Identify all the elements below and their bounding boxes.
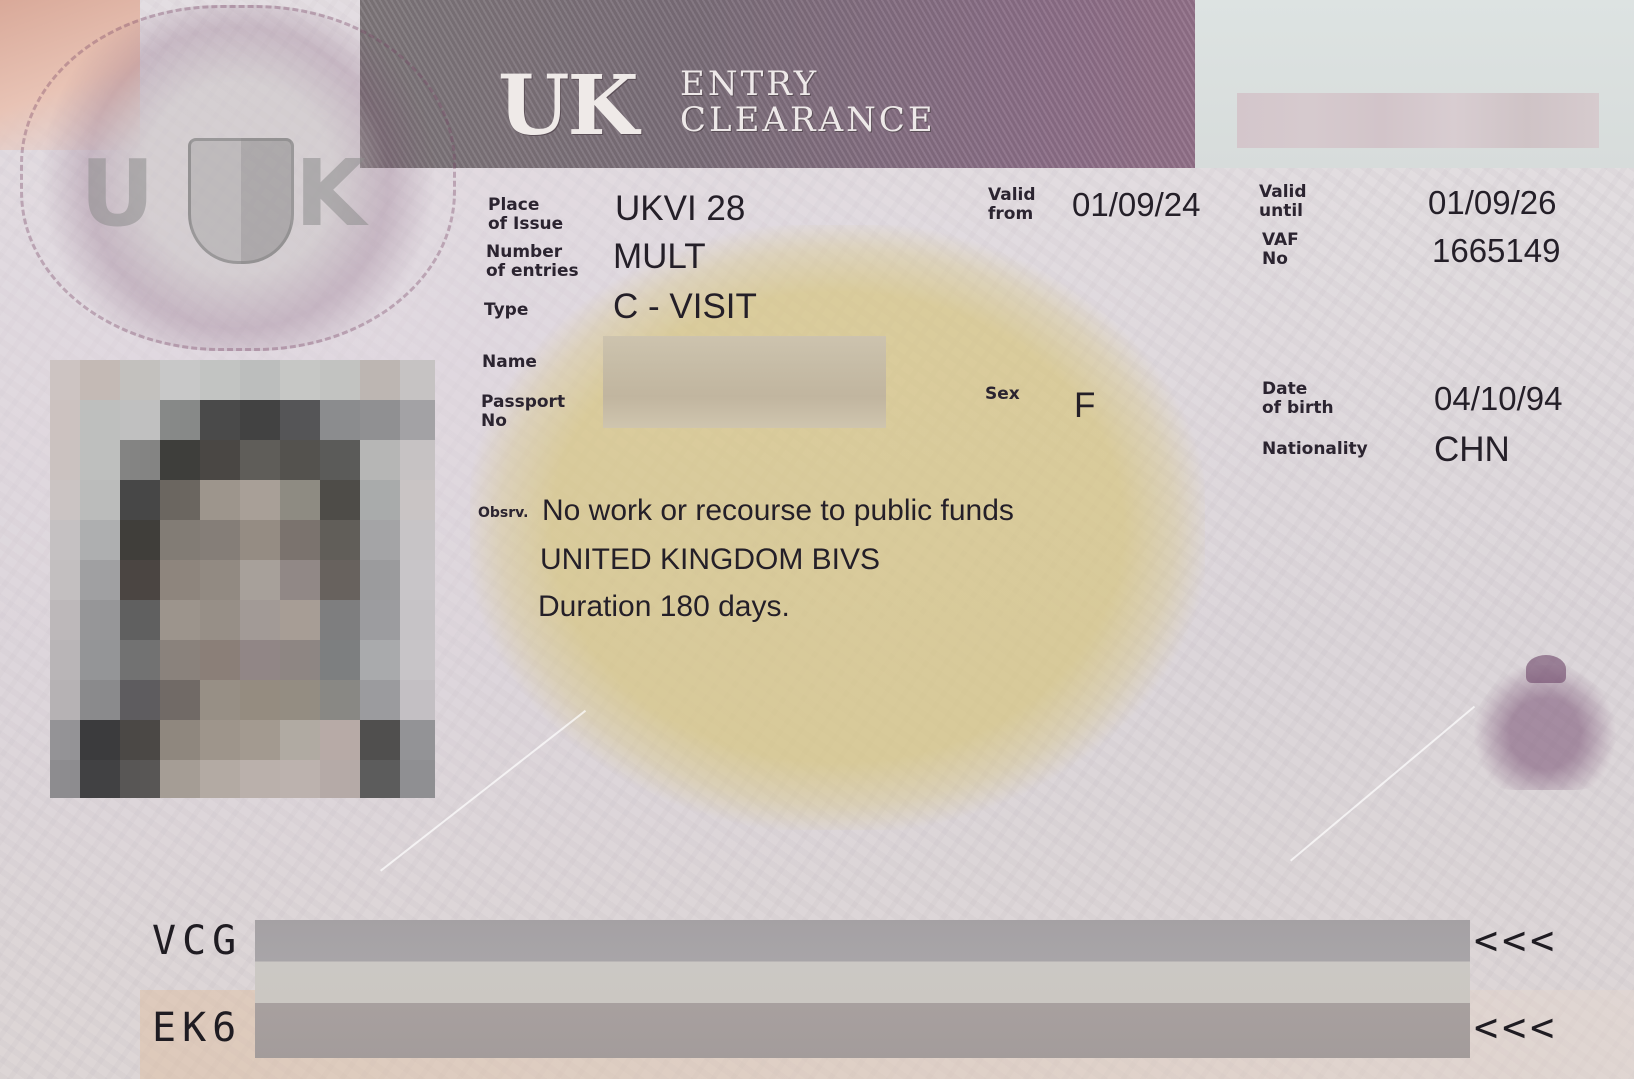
photo-pixel (400, 560, 435, 600)
photo-pixel (280, 680, 320, 720)
photo-pixel (280, 600, 320, 640)
valid-until-value: 01/09/26 (1428, 184, 1556, 222)
photo-pixel (320, 600, 360, 640)
photo-pixel (200, 520, 240, 560)
photo-pixel (160, 440, 200, 480)
photo-pixel (400, 640, 435, 680)
photo-pixel (80, 640, 120, 680)
photo-pixel (160, 720, 200, 760)
photo-pixel (120, 600, 160, 640)
photo-pixel (240, 600, 280, 640)
photo-pixel (360, 560, 400, 600)
photo-pixel (200, 680, 240, 720)
photo-pixel (80, 400, 120, 440)
title-line-2: CLEARANCE (680, 102, 936, 138)
type-label: Type (484, 301, 528, 320)
date-of-birth-value: 04/10/94 (1434, 380, 1562, 418)
photo-pixel (120, 720, 160, 760)
label-line: from (988, 205, 1036, 224)
photo-pixel (240, 360, 280, 400)
photo-pixel (240, 440, 280, 480)
photo-pixel (360, 600, 400, 640)
photo-pixel (400, 600, 435, 640)
photo-pixel (320, 480, 360, 520)
photo-pixel (280, 360, 320, 400)
photo-pixel (320, 680, 360, 720)
photo-pixel (50, 680, 80, 720)
photo-pixel (80, 520, 120, 560)
photo-pixel (400, 440, 435, 480)
photo-pixel (160, 360, 200, 400)
small-coat-of-arms-icon (1470, 665, 1620, 790)
photo-pixel (160, 760, 200, 798)
photo-pixel (50, 440, 80, 480)
photo-pixel (320, 520, 360, 560)
photo-pixel (200, 760, 240, 798)
photo-pixel (160, 400, 200, 440)
observation-line-1: No work or recourse to public funds (542, 494, 1014, 528)
nationality-label: Nationality (1262, 440, 1368, 459)
photo-pixel (320, 440, 360, 480)
photo-pixel (80, 480, 120, 520)
uk-logo: UK (498, 58, 637, 154)
photo-pixel (400, 760, 435, 798)
valid-from-label: Valid from (988, 186, 1036, 224)
photo-pixel (50, 600, 80, 640)
photo-pixel (320, 360, 360, 400)
crease-line (1290, 706, 1475, 862)
vaf-no-label: VAF No (1262, 231, 1299, 269)
label-line: Passport (481, 393, 565, 412)
photo-pixel (160, 560, 200, 600)
photo-pixel (120, 760, 160, 798)
photo-pixel (200, 440, 240, 480)
photo-pixel (160, 600, 200, 640)
passport-no-label: Passport No (481, 393, 565, 431)
label-line: of entries (486, 262, 579, 281)
label-line: of birth (1262, 399, 1334, 418)
mrz-line-1-suffix: <<< (1474, 918, 1558, 964)
photo-pixel (160, 680, 200, 720)
photo-pixel (120, 440, 160, 480)
photo-pixel (400, 400, 435, 440)
photo-pixel (240, 480, 280, 520)
photo-pixel (160, 520, 200, 560)
vaf-no-value: 1665149 (1432, 232, 1560, 270)
photo-pixel (360, 760, 400, 798)
mrz-line-1-prefix: VCG (152, 918, 242, 964)
sex-label: Sex (985, 385, 1020, 404)
photo-pixel (50, 760, 80, 798)
photo-pixel (400, 680, 435, 720)
photo-pixel (360, 640, 400, 680)
place-of-issue-label: Place of Issue (488, 196, 563, 234)
crown-icon (1526, 655, 1566, 683)
observations-label: Obsrv. (478, 504, 528, 523)
label-line: Place (488, 196, 563, 215)
sex-value: F (1074, 386, 1095, 426)
photo-pixel (240, 680, 280, 720)
shield-icon (188, 138, 294, 264)
photo-pixel (280, 440, 320, 480)
photo-pixel (280, 400, 320, 440)
photo-pixel (240, 400, 280, 440)
number-of-entries-label: Number of entries (486, 243, 579, 281)
label-line: of Issue (488, 215, 563, 234)
valid-from-value: 01/09/24 (1072, 186, 1200, 224)
photo-pixel (360, 480, 400, 520)
name-label: Name (482, 353, 537, 372)
redacted-number (1237, 93, 1599, 148)
photo-pixel (280, 480, 320, 520)
mrz-line-2-suffix: <<< (1474, 1005, 1558, 1051)
photo-pixel (80, 560, 120, 600)
photo-pixel (200, 560, 240, 600)
photo-pixel (80, 440, 120, 480)
visa-vignette: UK UK ENTRY CLEARANCE Place of Issue UKV… (0, 0, 1634, 1079)
photo-pixel (280, 560, 320, 600)
photo-pixel (50, 400, 80, 440)
photo-pixel (120, 360, 160, 400)
photo-pixel (240, 760, 280, 798)
photo-pixel (360, 360, 400, 400)
valid-until-label: Valid until (1259, 183, 1307, 221)
photo-pixel (280, 720, 320, 760)
photo-pixel (360, 400, 400, 440)
photo-pixel (360, 680, 400, 720)
label-line: No (1262, 250, 1299, 269)
date-of-birth-label: Date of birth (1262, 380, 1334, 418)
photo-pixel (240, 640, 280, 680)
photo-pixel (50, 480, 80, 520)
photo-pixel (400, 480, 435, 520)
photo-pixel (120, 480, 160, 520)
photo-pixel (200, 480, 240, 520)
photo-pixel (240, 560, 280, 600)
nationality-value: CHN (1434, 430, 1510, 470)
photo-pixel (360, 720, 400, 760)
mrz-line-2-prefix: EK6 (152, 1005, 242, 1051)
holder-photo-pixelated (50, 360, 435, 798)
photo-pixel (360, 520, 400, 560)
photo-pixel (280, 520, 320, 560)
observation-line-2: UNITED KINGDOM BIVS (540, 543, 880, 577)
photo-pixel (120, 400, 160, 440)
title-line-1: ENTRY (680, 66, 936, 102)
label-line: VAF (1262, 231, 1299, 250)
photo-pixel (320, 720, 360, 760)
label-line: Valid (988, 186, 1036, 205)
photo-pixel (80, 760, 120, 798)
photo-pixel (80, 600, 120, 640)
photo-pixel (200, 360, 240, 400)
photo-pixel (240, 520, 280, 560)
label-line: Valid (1259, 183, 1307, 202)
photo-pixel (120, 680, 160, 720)
photo-pixel (280, 760, 320, 798)
photo-pixel (80, 680, 120, 720)
photo-pixel (200, 400, 240, 440)
photo-pixel (360, 440, 400, 480)
photo-pixel (120, 640, 160, 680)
photo-pixel (50, 720, 80, 760)
redacted-mrz (255, 920, 1470, 1058)
photo-pixel (200, 600, 240, 640)
photo-pixel (50, 560, 80, 600)
photo-pixel (80, 360, 120, 400)
type-value: C - VISIT (613, 287, 757, 327)
photo-pixel (400, 360, 435, 400)
photo-pixel (50, 640, 80, 680)
entry-clearance-title: ENTRY CLEARANCE (680, 66, 936, 138)
place-of-issue-value: UKVI 28 (615, 189, 745, 229)
photo-pixel (200, 640, 240, 680)
redacted-name-passport (603, 336, 886, 428)
photo-pixel (400, 520, 435, 560)
photo-pixel (320, 400, 360, 440)
number-of-entries-value: MULT (613, 237, 706, 277)
label-line: No (481, 412, 565, 431)
photo-pixel (320, 560, 360, 600)
photo-pixel (50, 520, 80, 560)
label-line: Date (1262, 380, 1334, 399)
photo-pixel (80, 720, 120, 760)
photo-pixel (320, 760, 360, 798)
photo-pixel (160, 640, 200, 680)
photo-pixel (50, 360, 80, 400)
photo-pixel (160, 480, 200, 520)
photo-pixel (280, 640, 320, 680)
photo-pixel (320, 640, 360, 680)
photo-pixel (400, 720, 435, 760)
photo-pixel (120, 560, 160, 600)
photo-pixel (120, 520, 160, 560)
photo-pixel (200, 720, 240, 760)
label-line: Number (486, 243, 579, 262)
observation-line-3: Duration 180 days. (538, 590, 790, 624)
label-line: until (1259, 202, 1307, 221)
photo-pixel (240, 720, 280, 760)
